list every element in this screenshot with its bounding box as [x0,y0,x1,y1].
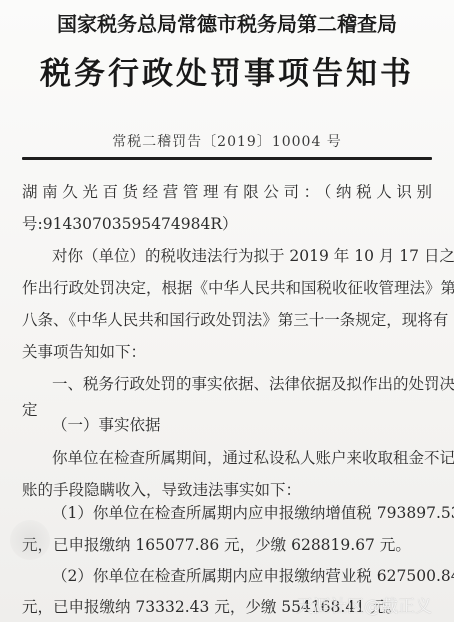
scan-smudge [10,520,50,560]
body-paragraph-line: 作出行政处罚决定，根据《中华人民共和国税收征收管理法》第 [22,278,432,298]
body-paragraph-line: 八条、《中华人民共和国行政处罚法》第三十一条规定，现将有 [22,310,432,330]
taxpayer-id-line: 号:91430703595474984R） [22,214,432,234]
business-tax-item-line: （2）你单位在检查所属期内应申报缴纳营业税 627500.84 [52,566,432,586]
document-page: 国家税务总局常德市税务局第二稽查局 税务行政处罚事项告知书 常税二稽罚告〔201… [0,0,454,622]
watermark: 天涯社区@戴正义 [296,592,432,617]
document-title: 税务行政处罚事项告知书 [0,48,454,93]
document-number: 常税二稽罚告〔2019〕10004 号 [0,131,454,151]
facts-line: 你单位在检查所属期间，通过私设私人账户来收取租金不记 [52,448,432,468]
facts-line: 账的手段隐瞒收入，导致违法事实如下： [22,480,432,500]
vat-item-line: 元，已申报缴纳 165077.86 元，少缴 628819.67 元。 [22,535,432,555]
header-divider [22,157,432,160]
subsection-heading: （一）事实依据 [52,415,432,435]
body-paragraph-line: 关事项告知如下： [22,342,432,362]
issuing-agency: 国家税务总局常德市税务局第二稽查局 [0,8,454,37]
body-paragraph-line: 对你（单位）的税收违法行为拟于 2019 年 10 月 17 日之前 [52,246,432,266]
addressee-line: 湖南久光百货经营管理有限公司：（纳税人识别 [22,182,432,202]
vat-item-line: （1）你单位在检查所属期内应申报缴纳增值税 793897.53 [52,503,432,523]
section-heading-line: 一、税务行政处罚的事实依据、法律依据及拟作出的处罚决 [52,374,432,394]
